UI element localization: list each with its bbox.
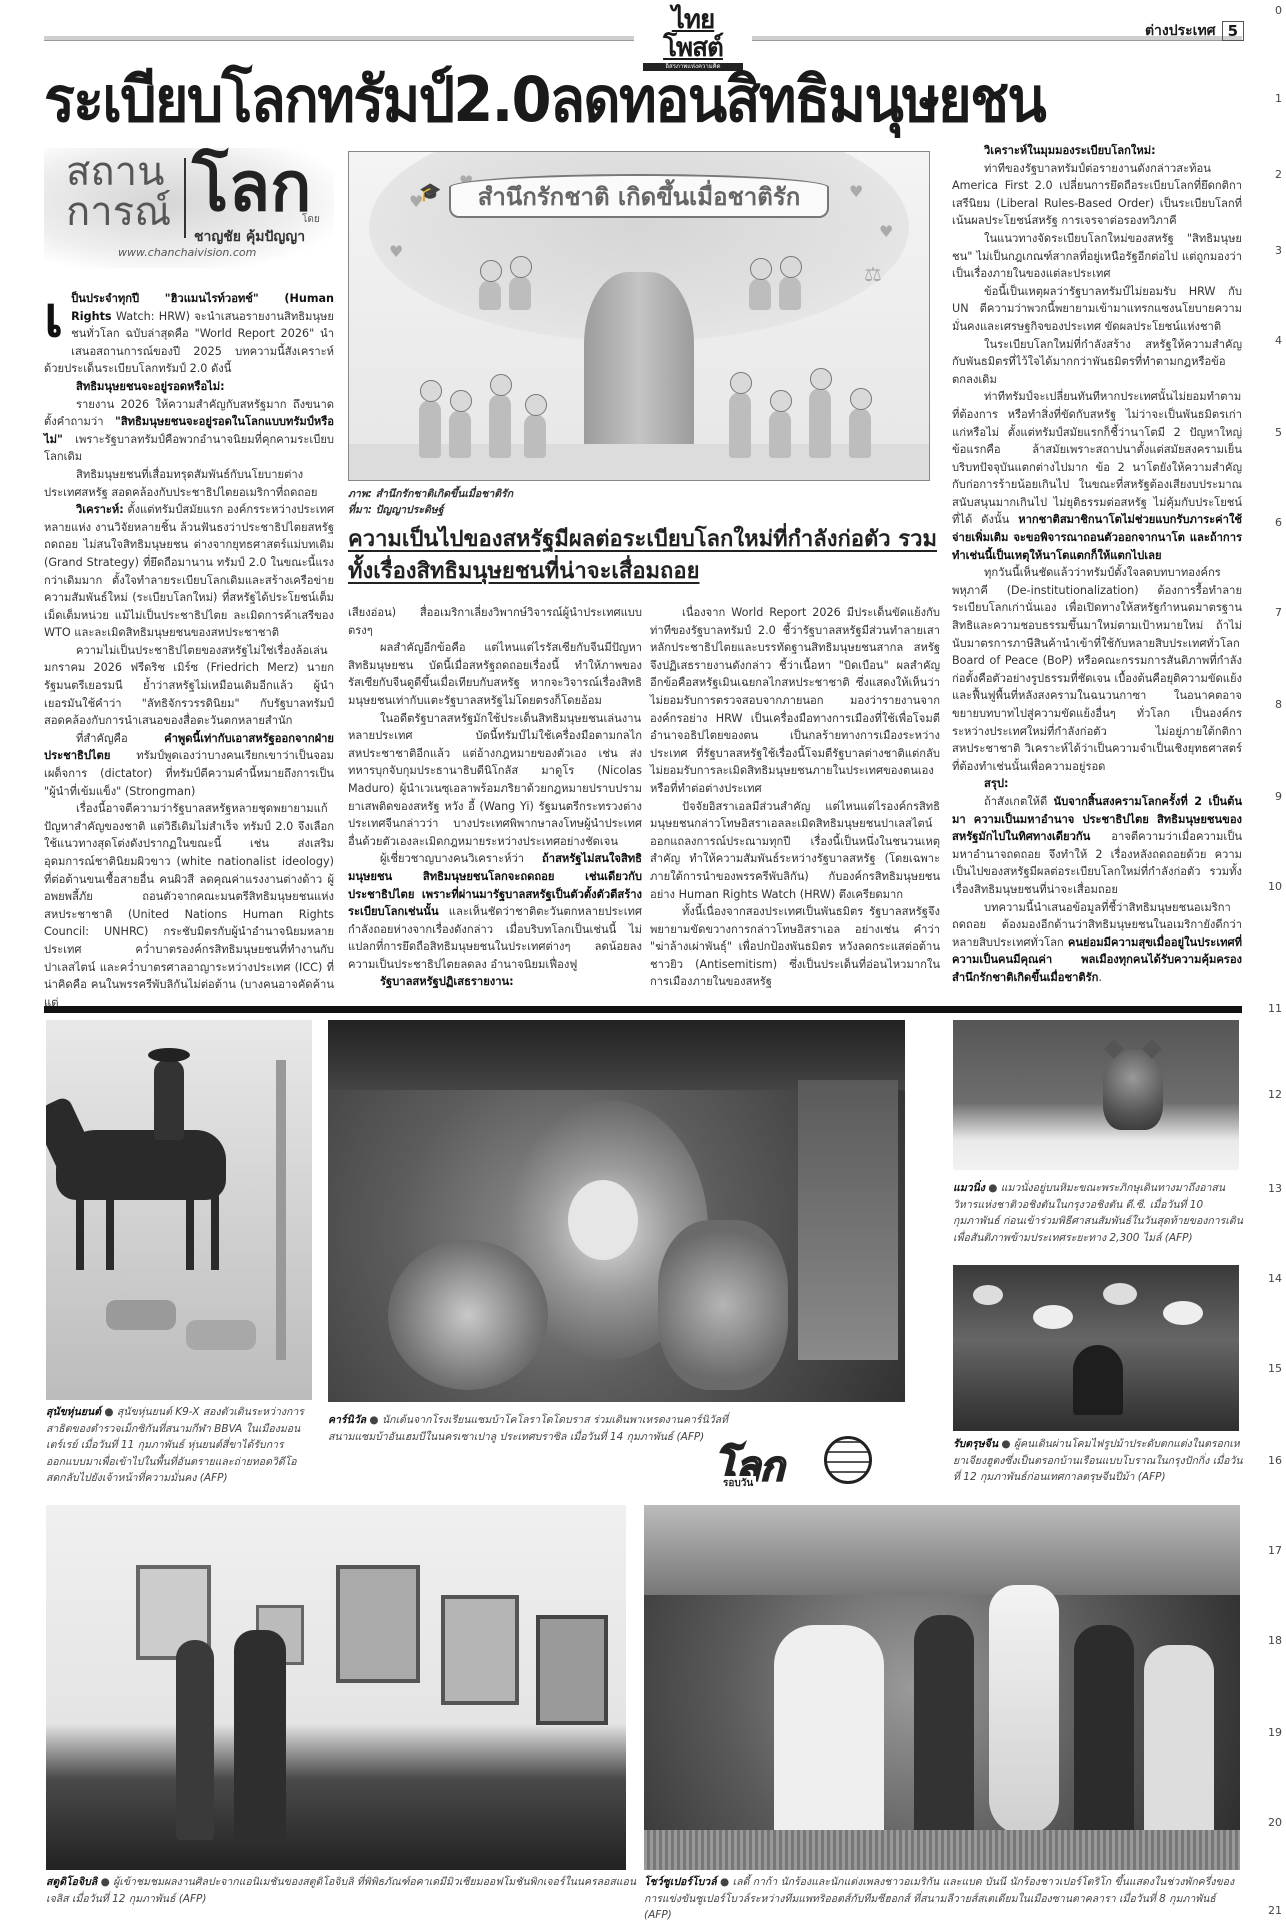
paragraph: สิทธิมนุษยชนที่เสื่อมทรุดสัมพันธ์กับนโยบ… [44,466,334,501]
page-marker: 8 [1275,698,1282,711]
child-figure [769,410,791,458]
masthead-rule-left [44,36,634,41]
paragraph: ปัจจัยอิสราเอลมีส่วนสำคัญ แต่ไหนแต่ไรองค… [650,798,940,904]
musician [1144,1645,1214,1835]
visitor [176,1640,214,1840]
scales-icon: ⚖ [864,262,882,286]
performer-white-suit [774,1625,884,1845]
horse-leg [186,1190,194,1270]
photo-carnival [328,1020,905,1402]
child-figure [489,394,511,458]
page-marker: 2 [1275,168,1282,181]
child-figure [524,414,546,458]
paragraph: ในอดีตรัฐบาลสหรัฐมักใช้ประเด็นสิทธิมนุษย… [348,710,642,851]
page-headline: ระเบียบโลกทรัมป์2.0ลดทอนสิทธิมนุษยชน [44,62,1160,138]
graduation-cap-icon: 🎓 [419,182,441,203]
photo-caption-carnival: คาร์นิวัล ● นักเต้นจากโรงเรียนแซมบ้าโคโล… [328,1412,728,1445]
page-marker: 7 [1275,606,1282,619]
column-logo-by: โดย [302,212,320,227]
paragraph: ทั้งนี้เนื่องจากสองประเทศเป็นพันธมิตร รั… [650,903,940,991]
article-column-2: เสียงอ่อน) สื่ออเมริกาเลี่ยงวิพากษ์วิจาร… [348,604,642,991]
paragraph: ในระเบียบโลกใหม่ที่กำลังสร้าง สหรัฐให้คว… [952,336,1242,389]
heart-icon: ♥ [849,182,863,201]
page-marker: 4 [1275,334,1282,347]
lantern [1103,1283,1137,1305]
page-marker: 11 [1268,1002,1282,1015]
lantern [973,1285,1003,1305]
horse-leg [106,1190,114,1270]
page-marker: 16 [1268,1454,1282,1467]
musician [914,1615,974,1835]
world-section-logo: โลก รอบวัน [706,1430,882,1492]
paragraph: ท่าทีของรัฐบาลทรัมป์ต่อรายงานดังกล่าวสะท… [952,160,1242,230]
page-marker: 1 [1275,92,1282,105]
page-marker: 9 [1275,790,1282,803]
horse-leg [76,1190,84,1270]
dropcap: เ [44,292,63,344]
framed-artwork [441,1595,519,1705]
paragraph: ความไม่เป็นประชาธิปไตยของสหรัฐไม่ใช่เรื่… [44,642,334,730]
page-marker: 12 [1268,1088,1282,1101]
photo-caption-robot-dog: สุนัขหุ่นยนต์ ● สุนัขหุ่นยนต์ K9-X สองตั… [46,1404,316,1487]
section-label: ต่างประเทศ 5 [1145,20,1244,42]
page-marker: 5 [1275,426,1282,439]
photo-caption-cat: แมวนิ่ง ● แมวนั่งอยู่บนหิมะขณะพระภิกษุเด… [953,1180,1243,1246]
paragraph: เนื่องจาก World Report 2026 มีประเด็นขัด… [650,604,940,798]
framed-artwork [536,1615,608,1725]
family-figure [749,278,771,310]
paragraph: ผลสำคัญอีกข้อคือ แต่ไหนแต่ไรรัสเซียกับจี… [348,639,642,709]
paragraph: ทุกวันนี้เห็นชัดแล้วว่าทรัมป์ตั้งใจลดบทบ… [952,564,1242,775]
paragraph: รายงาน 2026 ให้ความสำคัญกับสหรัฐมาก ถึงข… [44,396,334,466]
column-author: ชาญชัย คุ้มปัญญา [194,226,305,248]
globe-icon [824,1436,872,1484]
pole [276,1060,286,1360]
cartoon-caption: ภาพ: สำนึกรักชาติเกิดขึ้นเมื่อชาติรัก ที… [348,486,513,518]
framed-artwork [336,1565,420,1683]
article-column-1: เป็นประจำทุกปี "ฮิวแมนไรท์วอทช์" (Human … [44,290,334,1011]
family-figure [779,276,801,310]
grass-field [644,1830,1240,1870]
photo-robot-dog [46,1020,312,1400]
column-logo-line2: การณ์ [66,192,171,232]
world-logo-subtitle: รอบวัน [720,1476,756,1491]
photo-caption-ghibli: สตูดิโอจิบลิ ● ผู้เข้าชมชมผลงานศิลปะจากแ… [46,1874,636,1907]
article-column-3: เนื่องจาก World Report 2026 มีประเด็นขัด… [650,604,940,991]
paragraph: ที่สำคัญคือ คำพูดนี้เท่ากับเอาสหรัฐออกจา… [44,730,334,800]
family-figure [509,276,531,310]
rider [154,1060,184,1140]
section-divider [44,1006,1242,1013]
child-figure [729,392,751,458]
page-marker: 14 [1268,1272,1282,1285]
heart-icon: ♥ [879,222,893,241]
costume-feathers [388,1240,548,1390]
article-column-4: วิเคราะห์ในมุมมองระเบียบโลกใหม่: ท่าทีขอ… [952,142,1242,987]
paragraph: บทความนี้นำเสนอข้อมูลที่ชี้ว่าสิทธิมนุษย… [952,899,1242,987]
robot-dog [186,1320,256,1350]
child-figure [849,408,871,458]
subheading: รัฐบาลสหรัฐปฏิเสธรายงาน: [348,973,642,991]
lantern [1033,1305,1073,1329]
visitor [234,1630,286,1840]
paragraph: วิเคราะห์: ตั้งแต่ทรัมป์สมัยแรก องค์กรระ… [44,501,334,642]
paragraph: ข้อนี้เป็นเหตุผลว่ารัฐบาลทรัมป์ไม่ยอมรับ… [952,283,1242,336]
column-logo: สถาน การณ์ โลก โดย ชาญชัย คุ้มปัญญา www.… [44,148,334,268]
paragraph: ถ้าสังเกตให้ดี นับจากสิ้นสงครามโลกครั้งท… [952,793,1242,899]
column-logo-line1: สถาน [66,152,164,192]
paragraph: เรื่องนี้อาจตีความว่ารัฐบาลสหรัฐหลายชุดพ… [44,800,334,1011]
column-url: www.chanchaivision.com [118,246,256,259]
musician [1074,1625,1134,1835]
logo-name: ไทยโพสต์ [663,5,723,63]
heart-icon: ♥ [389,242,403,261]
photo-ghibli-exhibit [46,1505,626,1870]
child-figure [419,400,441,458]
crowd [644,1505,1240,1595]
column-logo-divider [184,158,186,238]
photo-super-bowl [644,1505,1240,1870]
tree-trunk [584,272,694,452]
section-name: ต่างประเทศ [1145,20,1216,42]
subheading: สรุป: [952,775,1242,793]
subheading: วิเคราะห์ในมุมมองระเบียบโลกใหม่: [952,142,1242,160]
page-marker: 6 [1275,516,1282,529]
sub-headline: ความเป็นไปของสหรัฐมีผลต่อระเบียบโลกใหม่ท… [348,524,948,588]
subheading: สิทธิมนุษยชนจะอยู่รอดหรือไม่: [44,378,334,396]
performer-lady-gaga [989,1585,1059,1835]
page-marker: 18 [1268,1634,1282,1647]
page-marker: 0 [1275,4,1282,17]
column-logo-big: โลก [192,148,311,228]
paragraph: เสียงอ่อน) สื่ออเมริกาเลี่ยงวิพากษ์วิจาร… [348,604,642,639]
paragraph: ผู้เชี่ยวชาญบางคนวิเคราะห์ว่า ถ้าสหรัฐไม… [348,850,642,973]
robot-dog [106,1300,176,1330]
photo-chinese-new-year [953,1265,1239,1431]
cartoon-banner: สำนึกรักชาติ เกิดขึ้นเมื่อชาติรัก [449,174,829,218]
page-marker: 20 [1268,1816,1282,1829]
page-marker: 21 [1268,1904,1282,1917]
page-marker: 10 [1268,880,1282,893]
background-performers [798,1080,898,1360]
horse-leg [211,1190,219,1270]
lantern [1163,1301,1203,1325]
costume-ornaments [658,1220,788,1390]
cat [1103,1050,1163,1130]
lead-paragraph: เป็นประจำทุกปี "ฮิวแมนไรท์วอทช์" (Human … [44,290,334,378]
photo-cat [953,1020,1239,1170]
page-marker: 19 [1268,1726,1282,1739]
paragraph: ในแนวทางจัดระเบียบโลกใหม่ของสหรัฐ "สิทธิ… [952,230,1242,283]
page-marker: 13 [1268,1182,1282,1195]
child-figure [449,410,471,458]
photo-caption-chinese-new-year: รับตรุษจีน ● ผู้คนเดินผ่านโคมไฟรูปม้าประ… [953,1436,1243,1486]
family-figure [479,280,501,310]
page-number: 5 [1222,21,1244,41]
pedestrian [1073,1345,1123,1415]
page-marker: 17 [1268,1544,1282,1557]
cartoon-illustration: ♥ ♥ ♥ ♥ ♥ 🎓 ⚖ สำนึกรักชาติ เกิดขึ้นเมื่อ… [348,151,930,481]
adult-figure [809,388,831,458]
photo-caption-super-bowl: โชว์ซูเปอร์โบวล์ ● เลดี้ กาก้า นักร้องแล… [644,1874,1244,1920]
page-marker: 15 [1268,1362,1282,1375]
cowboy-hat [148,1048,190,1062]
paragraph: ท่าทีทรัมป์จะเปลี่ยนทันทีหากประเทศนั้นไม… [952,388,1242,564]
dancer-face [568,1180,638,1260]
page-marker: 3 [1275,244,1282,257]
